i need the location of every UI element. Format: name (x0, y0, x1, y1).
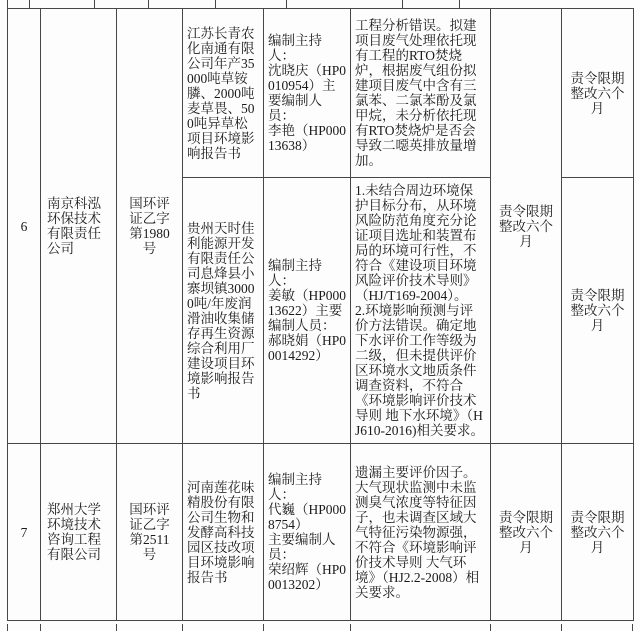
staff-cell: 编制主持人： 沈晓庆（HP0010954）主要编制人员： 李艳（HP000136… (264, 9, 351, 178)
gridline-stub (263, 624, 264, 631)
company-penalty-cell: 责令限期整改六个月 (491, 9, 562, 444)
gridline-stub (459, 0, 460, 8)
gridline-stub (7, 0, 8, 8)
row-number-cell: 7 (8, 444, 41, 621)
certificate-cell: 国环评证乙字第2511号 (117, 444, 183, 621)
gridline-stub (182, 624, 183, 631)
gridline-stub (286, 0, 287, 8)
table-row: 6 南京科泓环保技术有限责任公司 国环评证乙字第1980号 江苏长青农化南通有限… (8, 9, 634, 178)
company-name-cell: 南京科泓环保技术有限责任公司 (41, 9, 117, 444)
problems-cell: 工程分析错误。拟建项目废气处理依托现有工程的RTO焚烧炉，根据废气组份拟建项目废… (351, 9, 491, 178)
gridline-stub (29, 0, 30, 8)
problems-cell: 1.未结合周边环境保护目标分布，从环境风险防范角度充分论证项目选址和装置布局的环… (351, 178, 491, 444)
gridline-stub (632, 624, 633, 631)
staff-cell: 编制主持人： 姜敏（HP00013622）主要编制人员： 郝晓娟（HP00014… (264, 178, 351, 444)
table-row: 7 郑州大学环境技术咨询工程有限公司 国环评证乙字第2511号 河南莲花味精股份… (8, 444, 634, 621)
gridline-stub (350, 624, 351, 631)
staff-cell: 编制主持人： 代巍（HP0008754） 主要编制人员： 荣绍辉（HP00013… (264, 444, 351, 621)
company-penalty-cell: 责令限期整改六个月 (491, 444, 562, 621)
report-name-cell: 江苏长青农化南通有限公司年产35000吨草铵膦、2000吨麦草畏、500吨异草松… (183, 9, 264, 178)
staff-penalty-cell: 责令限期整改六个月 (562, 444, 634, 621)
row-number-cell: 6 (8, 9, 41, 444)
gridline-stub (402, 0, 403, 8)
staff-penalty-cell: 责令限期整改六个月 (562, 9, 634, 178)
gridline-stub (561, 624, 562, 631)
problems-cell: 遗漏主要评价因子。大气现状监测中未监测臭气浓度等特征因子，也未调查区域大气特征污… (351, 444, 491, 621)
staff-penalty-cell: 责令限期整改六个月 (562, 178, 634, 444)
report-name-cell: 贵州天时佳利能源开发有限责任公司息烽县小寨坝镇30000吨/年废润滑油收集储存再… (183, 178, 264, 444)
document-page: 6 南京科泓环保技术有限责任公司 国环评证乙字第1980号 江苏长青农化南通有限… (0, 0, 640, 631)
penalty-table: 6 南京科泓环保技术有限责任公司 国环评证乙字第1980号 江苏长青农化南通有限… (7, 8, 634, 621)
certificate-cell: 国环评证乙字第1980号 (117, 9, 183, 444)
gridline-stub (40, 624, 41, 631)
gridline-stub (7, 624, 8, 631)
gridline-stub (116, 624, 117, 631)
gridline-stub (94, 0, 95, 8)
company-name-cell: 郑州大学环境技术咨询工程有限公司 (41, 444, 117, 621)
gridline-stub (490, 624, 491, 631)
report-name-cell: 河南莲花味精股份有限公司生物和发酵高科技园区技改项目环境影响报告书 (183, 444, 264, 621)
gridline-stub (215, 0, 216, 8)
gridline-stub (148, 0, 149, 8)
